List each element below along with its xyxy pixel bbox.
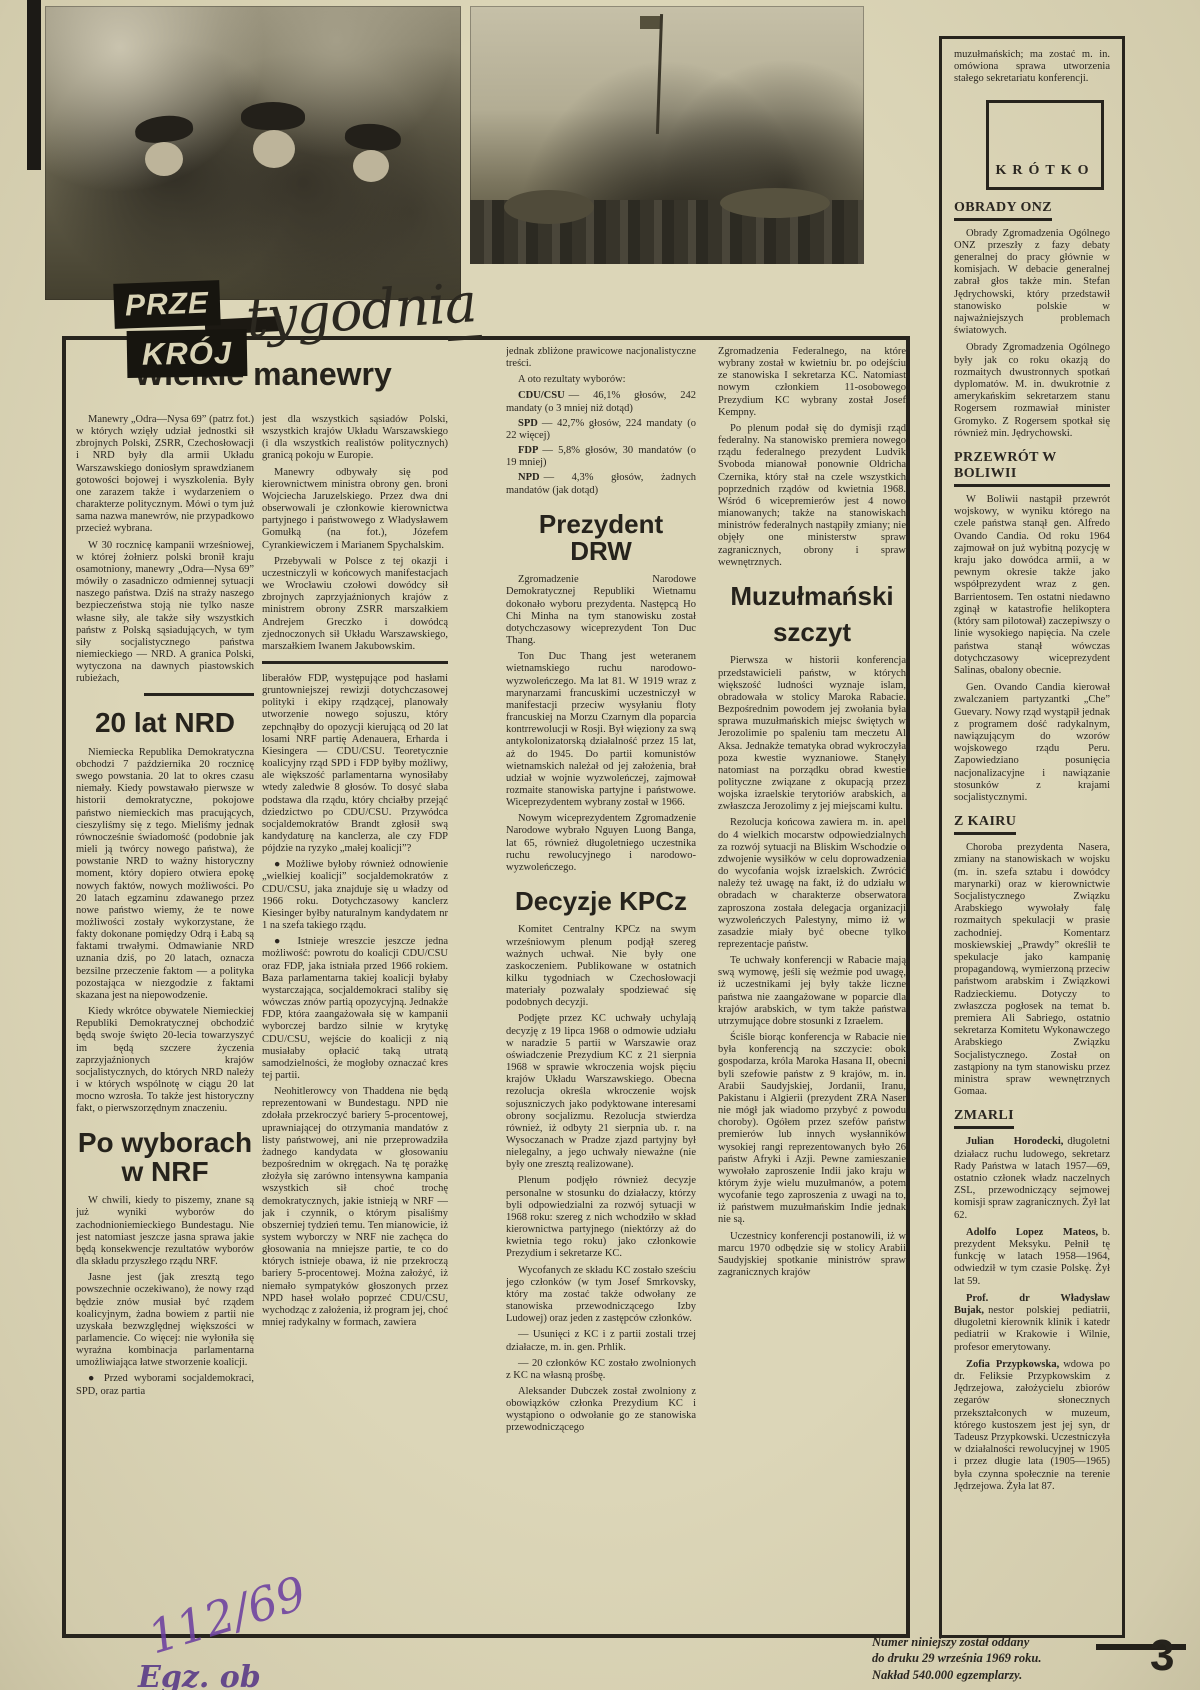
paragraph: Obrady Zgromadzenia Ogólnego ONZ przeszł…	[954, 228, 1110, 338]
paragraph: Kiedy wkrótce obywatele Niemieckiej Repu…	[76, 1006, 254, 1115]
paragraph: W 30 rocznicę kampanii wrześniowej, w kt…	[76, 540, 254, 686]
paragraph: Manewry „Odra—Nysa 69” (patrz fot.) w kt…	[76, 414, 254, 536]
heading-obrady-onz: OBRADY ONZ	[954, 200, 1052, 221]
paragraph: Ton Duc Thang jest weteranem wietnamskie…	[506, 651, 696, 809]
obituary: Adolfo Lopez Mateos,b. prezydent Meksyku…	[954, 1227, 1110, 1288]
paragraph: Rezolucja końcowa zawiera m. in. apel do…	[718, 817, 906, 951]
heading-z-kairu: Z KAIRU	[954, 814, 1016, 835]
officer-cap-shape	[241, 102, 305, 130]
officer-cap-shape	[134, 113, 194, 145]
paragraph: Przebywali w Polsce z tej okazji i uczes…	[262, 556, 448, 653]
article-divider	[262, 661, 448, 664]
paragraph: ● Istnieje wreszcie jeszcze jedna możliw…	[262, 936, 448, 1082]
headline-muzulmanski: Muzułmański	[718, 583, 906, 610]
paragraph: Podjęte przez KC uchwały uchylają decyzj…	[506, 1013, 696, 1171]
paragraph: Aleksander Dubczek został zwolniony z ob…	[506, 1386, 696, 1435]
sidebar-krotko-box: muzułmańskich; ma zostać m. in. omówiona…	[939, 36, 1125, 1638]
obituary: Julian Horodecki,długoletni działacz ruc…	[954, 1136, 1110, 1221]
paragraph: Wycofanych ze składu KC zostało sześciu …	[506, 1265, 696, 1326]
page-number: 3	[1150, 1634, 1174, 1678]
paragraph: Komitet Centralny KPCz na swym wrześniow…	[506, 924, 696, 1009]
paragraph: liberałów FDP, występujące pod hasłami g…	[262, 673, 448, 855]
officer-face-shape	[145, 142, 183, 176]
paragraph: jest dla wszystkich sąsiadów Polski, wsz…	[262, 414, 448, 463]
headline-w-nrf: w NRF	[76, 1157, 254, 1186]
paragraph: A oto rezultaty wyborów:	[506, 374, 696, 386]
paragraph: Manewry odbywały się pod kierownictwem m…	[262, 467, 448, 552]
photo-military-parade	[470, 6, 864, 264]
headline-szczyt: szczyt	[718, 619, 906, 646]
paragraph: Uczestnicy konferencji postanowili, iż w…	[718, 1231, 906, 1280]
column-2: jest dla wszystkich sąsiadów Polski, wsz…	[262, 414, 448, 1630]
colophon-line: do druku 29 września 1969 roku.	[872, 1650, 1090, 1666]
column-3: jednak zbliżone prawicowe nacjonalistycz…	[506, 346, 696, 1630]
paragraph: Gen. Ovando Candia kierował zwalczaniem …	[954, 682, 1110, 804]
photo-military-officers	[45, 6, 461, 300]
column-4: Zgromadzenia Federalnego, na które wybra…	[718, 346, 906, 1630]
paragraph: W chwili, kiedy to piszemy, znane są już…	[76, 1195, 254, 1268]
handwritten-egz-ob-stamp: Egz. ob	[138, 1660, 261, 1690]
paragraph: muzułmańskich; ma zostać m. in. omówiona…	[954, 49, 1110, 86]
paragraph: Pierwsza w historii konferencja przedsta…	[718, 655, 906, 813]
paragraph: Po plenum podał się do dymisji rząd fede…	[718, 423, 906, 569]
paragraph: ● Przed wyborami socjaldemokraci, SPD, o…	[76, 1373, 254, 1397]
paragraph: Te uchwały konferencji w Rabacie mają sw…	[718, 955, 906, 1028]
paragraph: ● Możliwe byłoby również odnowienie „wie…	[262, 859, 448, 932]
paragraph: Jasne jest (jak zresztą tego powszechnie…	[76, 1272, 254, 1369]
headline-decyzje-kpcz: Decyzje KPCz	[506, 888, 696, 915]
newspaper-page: PRZE KRÓJ tygodnia Wielkie manewry Manew…	[0, 0, 1200, 1690]
headline-po-wyborach: Po wyborach	[76, 1128, 254, 1157]
election-result-fdp: FDP— 5,8% głosów, 30 mandatów (o 19 mnie…	[506, 445, 696, 469]
paragraph: jednak zbliżone prawicowe nacjonalistycz…	[506, 346, 696, 370]
headline-20-lat-nrd: 20 lat NRD	[76, 708, 254, 737]
heading-przewrot-w-boliwii: PRZEWRÓT W BOLIWII	[954, 450, 1110, 487]
article-divider	[144, 693, 254, 696]
paragraph: — 20 członków KC zostało zwolnionych z K…	[506, 1358, 696, 1382]
colophon-line: Nakład 540.000 egzemplarzy.	[872, 1667, 1090, 1683]
print-colophon: Numer niniejszy został oddany do druku 2…	[872, 1634, 1090, 1683]
krotko-title-box: KRÓTKO	[986, 100, 1104, 190]
colophon-line: Numer niniejszy został oddany	[872, 1634, 1090, 1650]
obituary: Prof. dr Władysław Bujak,nestor polskiej…	[954, 1293, 1110, 1354]
paragraph: Obrady Zgromadzenia Ogólnego były jak co…	[954, 342, 1110, 440]
election-result-npd: NPD— 4,3% głosów, żadnych mandatów (jak …	[506, 472, 696, 496]
paragraph: — Usunięci z KC i z partii zostali trzej…	[506, 1329, 696, 1353]
krotko-label: KRÓTKO	[995, 163, 1094, 179]
paragraph: Nowym wiceprezydentem Zgromadzenie Narod…	[506, 813, 696, 874]
election-result-cdu-csu: CDU/CSU— 46,1% głosów, 242 mandaty (o 3 …	[506, 390, 696, 414]
paragraph: W Boliwii nastąpił przewrót wojskowy, w …	[954, 494, 1110, 677]
flagpole-shape	[656, 14, 663, 134]
magazine-logo-bottom: KRÓJ	[127, 329, 248, 378]
print-registration-mark	[27, 0, 41, 170]
paragraph: Zgromadzenia Federalnego, na które wybra…	[718, 346, 906, 419]
obituary: Zofia Przypkowska,wdowa po dr. Feliksie …	[954, 1359, 1110, 1493]
magazine-logo-top: PRZE	[113, 280, 221, 329]
column-1: Manewry „Odra—Nysa 69” (patrz fot.) w kt…	[76, 414, 254, 1630]
officer-face-shape	[253, 130, 295, 168]
paragraph: Plenum podjęło również decyzje personaln…	[506, 1175, 696, 1260]
paragraph: Zgromadzenie Narodowe Demokratycznej Rep…	[506, 574, 696, 647]
headline-prezydent-drw: Prezydent DRW	[506, 511, 696, 566]
flag-shape	[640, 16, 660, 29]
officer-face-shape	[353, 150, 389, 182]
paragraph: Choroba prezydenta Nasera, zmiany na sta…	[954, 842, 1110, 1098]
tank-turret-shape	[504, 190, 594, 224]
paragraph: Neohitlerowcy von Thaddena nie będą repr…	[262, 1086, 448, 1329]
officer-cap-shape	[344, 122, 402, 153]
heading-zmarli: ZMARLI	[954, 1108, 1014, 1129]
tank-turret-shape	[720, 188, 830, 218]
paragraph: Niemiecka Republika Demokratyczna obchod…	[76, 747, 254, 1002]
paragraph: Ściśle biorąc konferencja w Rabacie nie …	[718, 1032, 906, 1227]
election-result-spd: SPD— 42,7% głosów, 224 mandaty (o 22 wię…	[506, 418, 696, 442]
section-script-title: tygodnia	[244, 276, 477, 346]
